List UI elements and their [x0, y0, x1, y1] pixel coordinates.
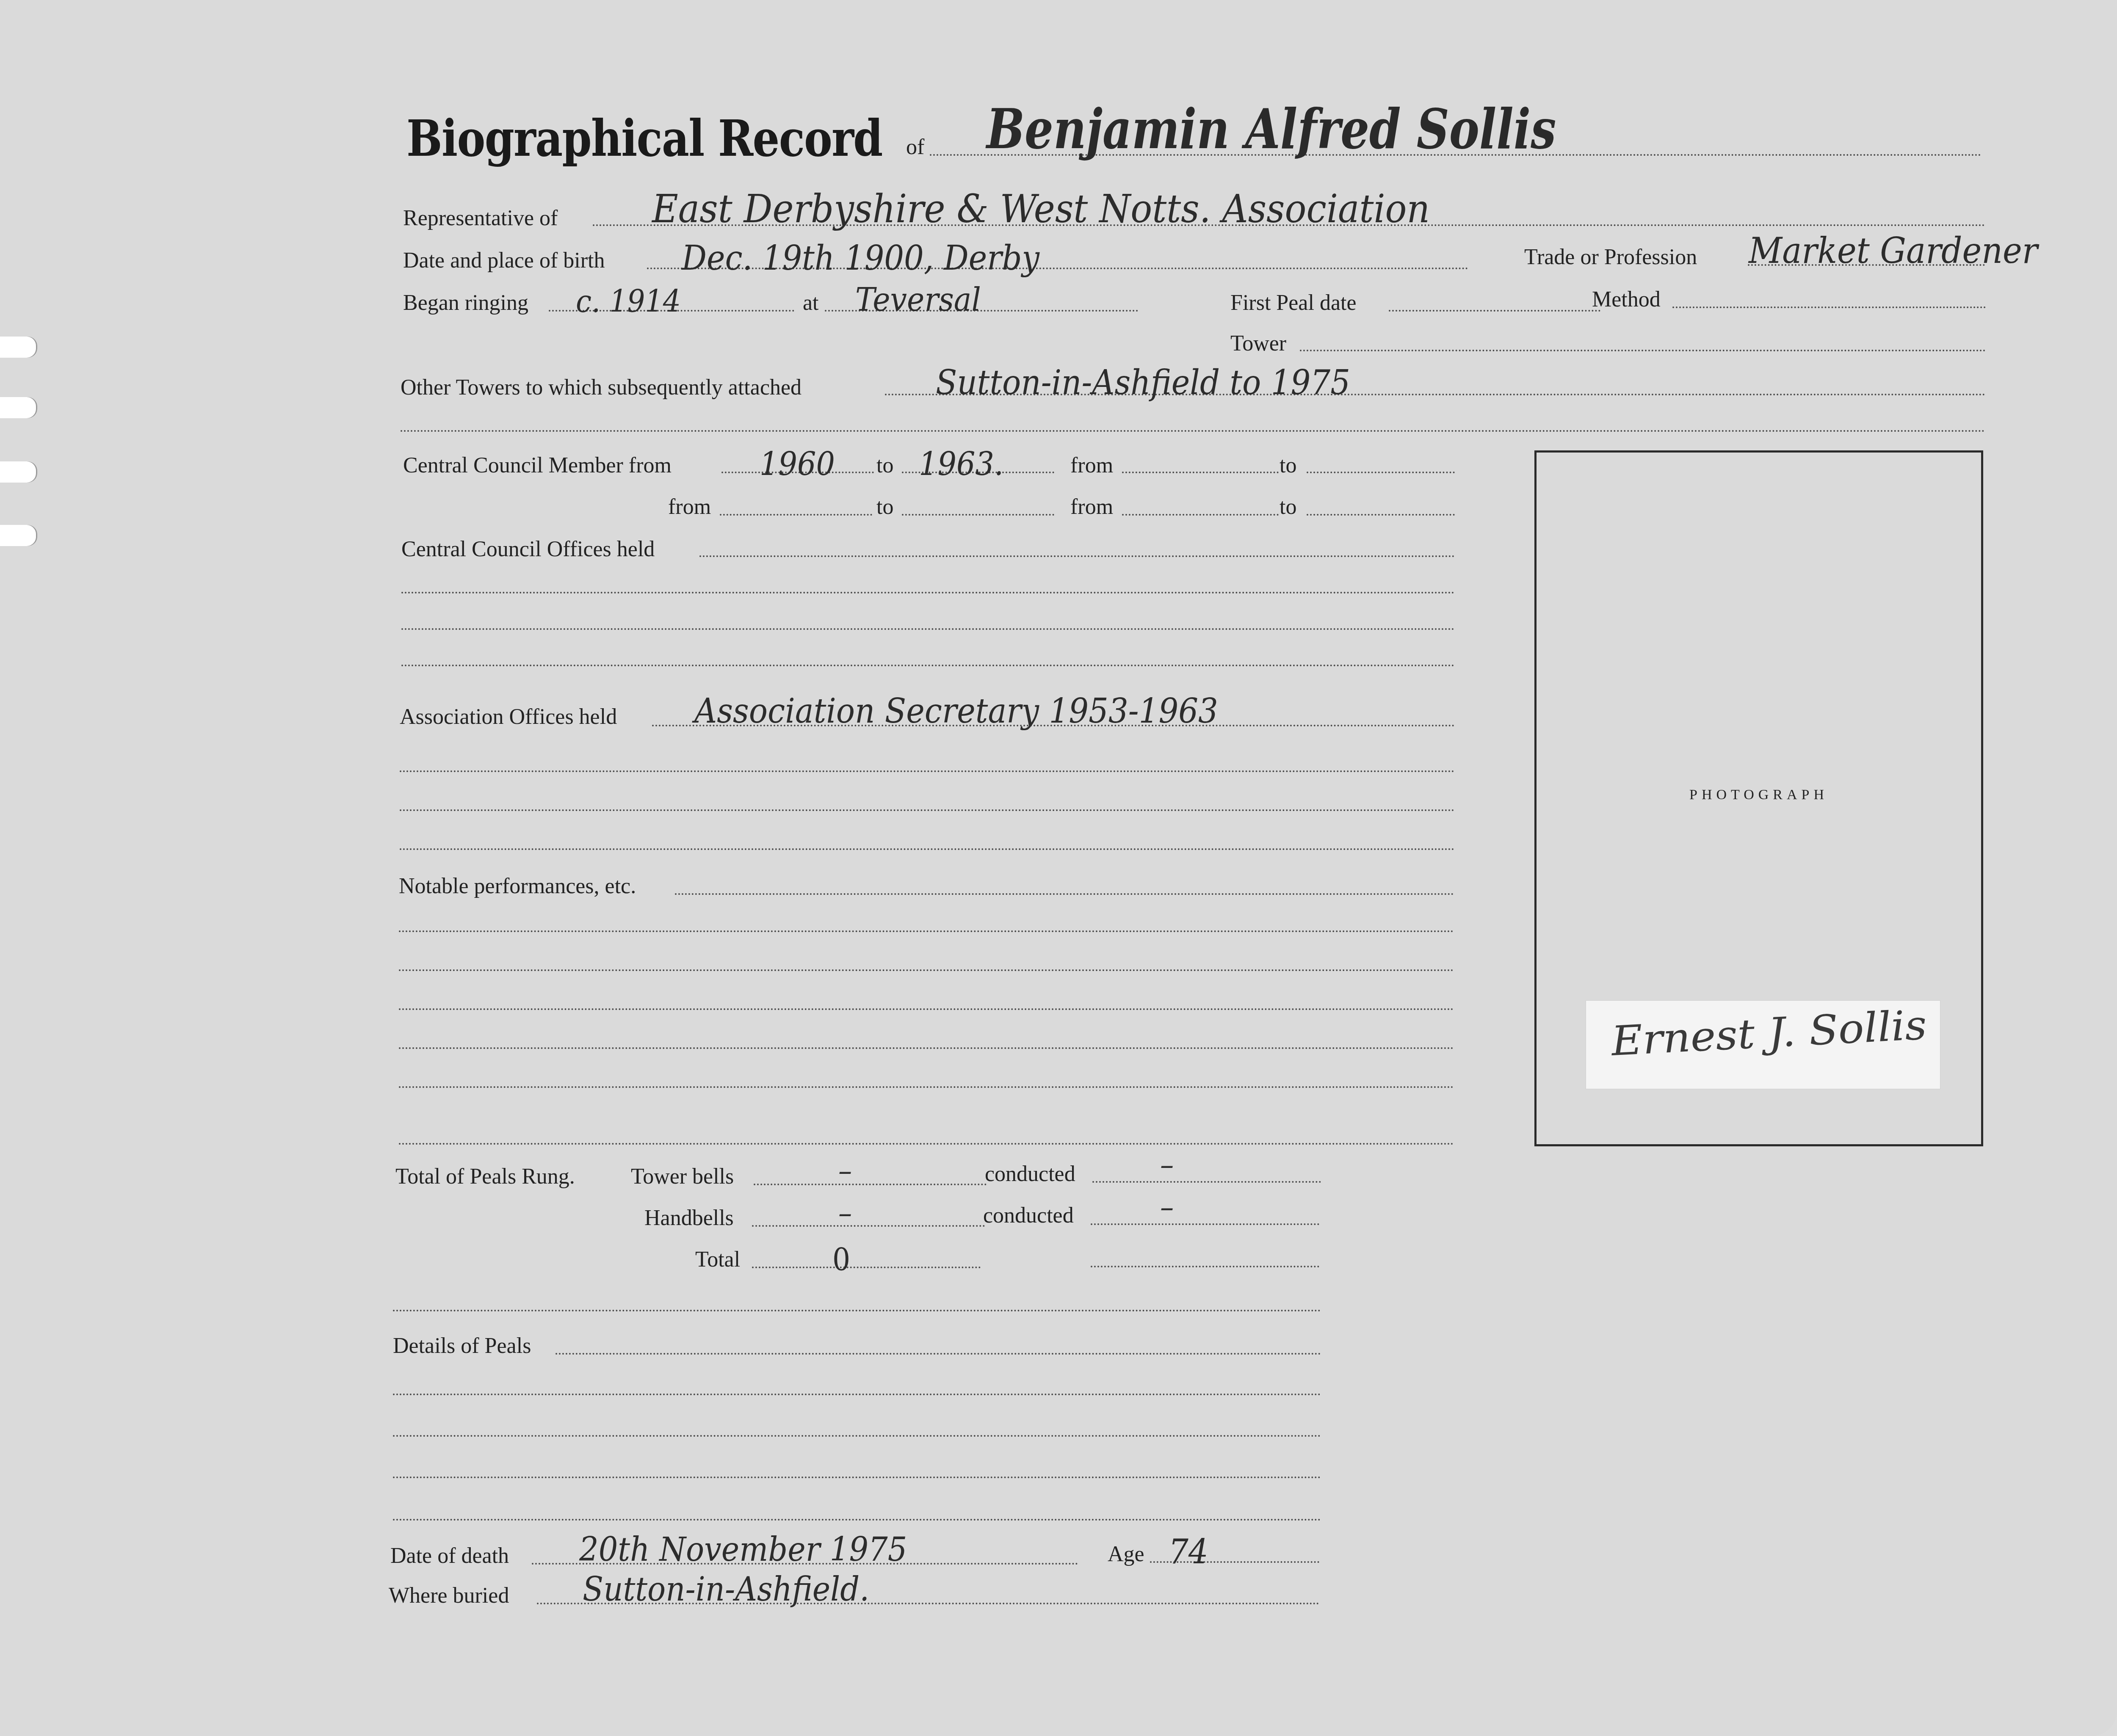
details-line-5 [393, 1519, 1321, 1521]
cc-to2-label: to [1280, 455, 1296, 477]
method-line [1672, 306, 1986, 308]
assoc-offices-line-2 [400, 770, 1455, 772]
assoc-offices-label: Association Offices held [400, 706, 617, 728]
total-label: Total [695, 1249, 740, 1271]
subject-name: Benjamin Alfred Sollis [987, 102, 1556, 157]
first-peal-label: First Peal date [1230, 292, 1357, 314]
hand-conducted-line [1091, 1223, 1319, 1225]
birth-label: Date and place of birth [403, 250, 605, 272]
cc-offices-line-3 [401, 628, 1455, 630]
cc-row2-to2-line [1307, 514, 1455, 516]
first-peal-line [1389, 310, 1600, 312]
cc-to1-value: 1963. [919, 448, 1003, 480]
notable-line-4 [399, 1008, 1454, 1010]
tower-bells-value: – [838, 1156, 852, 1185]
tower-label: Tower [1230, 333, 1286, 355]
tower-conducted-value: – [1160, 1150, 1174, 1179]
cc-from2-line [1122, 472, 1279, 473]
cc-offices-line-4 [401, 665, 1455, 666]
details-line-1 [556, 1353, 1321, 1355]
signature-strip: Ernest J. Sollis [1586, 1000, 1940, 1089]
buried-value: Sutton-in-Ashfield. [583, 1573, 869, 1606]
cc-member-label: Central Council Member from [403, 455, 672, 477]
cc-row2-to1-label: to [876, 496, 893, 518]
cc-row2-from1-label: from [668, 496, 711, 518]
cc-to2-line [1307, 472, 1455, 473]
age-value: 74 [1169, 1535, 1208, 1569]
birth-value: Dec. 19th 1900, Derby [682, 241, 1039, 275]
handbells-line [752, 1225, 985, 1227]
hand-conducted-label: conducted [983, 1205, 1074, 1227]
assoc-offices-value: Association Secretary 1953-1963 [694, 694, 1218, 728]
trade-label: Trade or Profession [1524, 246, 1697, 268]
cc-row2-from2-label: from [1070, 496, 1113, 518]
notable-label: Notable performances, etc. [399, 875, 636, 897]
title-of: of [906, 136, 924, 158]
other-towers-value: Sutton-in-Ashfield to 1975 [936, 366, 1350, 400]
photograph-label: PHOTOGRAPH [1537, 787, 1981, 803]
record-page: Biographical Record of Benjamin Alfred S… [0, 0, 2117, 1736]
buried-label: Where buried [389, 1585, 509, 1607]
death-label: Date of death [390, 1545, 509, 1567]
cc-offices-line-2 [401, 592, 1455, 593]
total-conducted-line [1091, 1266, 1319, 1267]
cc-row2-to2-label: to [1280, 496, 1296, 518]
cc-row2-to1-line [902, 514, 1054, 516]
punch-hole [0, 397, 37, 418]
notable-line-6 [399, 1086, 1454, 1088]
began-ringing-value: c. 1914 [576, 286, 681, 317]
notable-line-3 [399, 969, 1454, 971]
total-line [752, 1267, 981, 1268]
began-ringing-label: Began ringing [403, 292, 528, 314]
tower-conducted-line [1092, 1181, 1321, 1183]
details-line-4 [393, 1477, 1321, 1478]
details-line-3 [393, 1435, 1321, 1437]
notable-line-1 [675, 893, 1454, 895]
notable-line-7 [399, 1143, 1454, 1145]
total-value: 0 [832, 1245, 850, 1275]
cc-offices-label: Central Council Offices held [401, 538, 655, 560]
other-towers-label: Other Towers to which subsequently attac… [401, 377, 801, 399]
trade-value: Market Gardener [1749, 233, 2038, 268]
tower-bells-line [754, 1184, 987, 1185]
handbells-value: – [838, 1198, 852, 1228]
cc-row2-from2-line [1122, 514, 1279, 516]
began-at-value: Teversal [855, 284, 981, 316]
tower-bells-label: Tower bells [631, 1166, 734, 1188]
cc-offices-line-1 [699, 555, 1455, 557]
representative-label: Representative of [403, 207, 558, 229]
cc-from1-value: 1960 [760, 448, 835, 480]
cc-from2-label: from [1070, 455, 1113, 477]
signature: Ernest J. Sollis [1610, 1001, 1928, 1065]
other-towers-line-2 [401, 430, 1986, 432]
cc-row2-from1-line [720, 514, 872, 516]
tower-line [1300, 350, 1986, 351]
peals-separator-line [393, 1310, 1321, 1311]
photograph-box: PHOTOGRAPH Ernest J. Sollis [1534, 450, 1983, 1146]
began-at-label: at [803, 292, 819, 314]
assoc-offices-line-3 [400, 809, 1455, 811]
details-line-2 [393, 1394, 1321, 1395]
punch-hole [0, 461, 37, 483]
document-title: Biographical Record [406, 113, 882, 163]
cc-to1-label: to [876, 455, 893, 477]
representative-value: East Derbyshire & West Notts. Associatio… [652, 190, 1430, 229]
assoc-offices-line-4 [400, 848, 1455, 850]
tower-conducted-label: conducted [985, 1163, 1075, 1185]
notable-line-5 [399, 1047, 1454, 1049]
punch-hole [0, 525, 37, 546]
punch-hole [0, 337, 37, 358]
handbells-label: Handbells [644, 1207, 734, 1229]
method-label: Method [1592, 289, 1661, 311]
death-value: 20th November 1975 [579, 1533, 907, 1566]
details-peals-label: Details of Peals [393, 1335, 531, 1357]
notable-line-2 [399, 930, 1454, 932]
peals-label: Total of Peals Rung. [395, 1166, 575, 1188]
age-label: Age [1108, 1543, 1144, 1565]
hand-conducted-value: – [1160, 1192, 1174, 1222]
